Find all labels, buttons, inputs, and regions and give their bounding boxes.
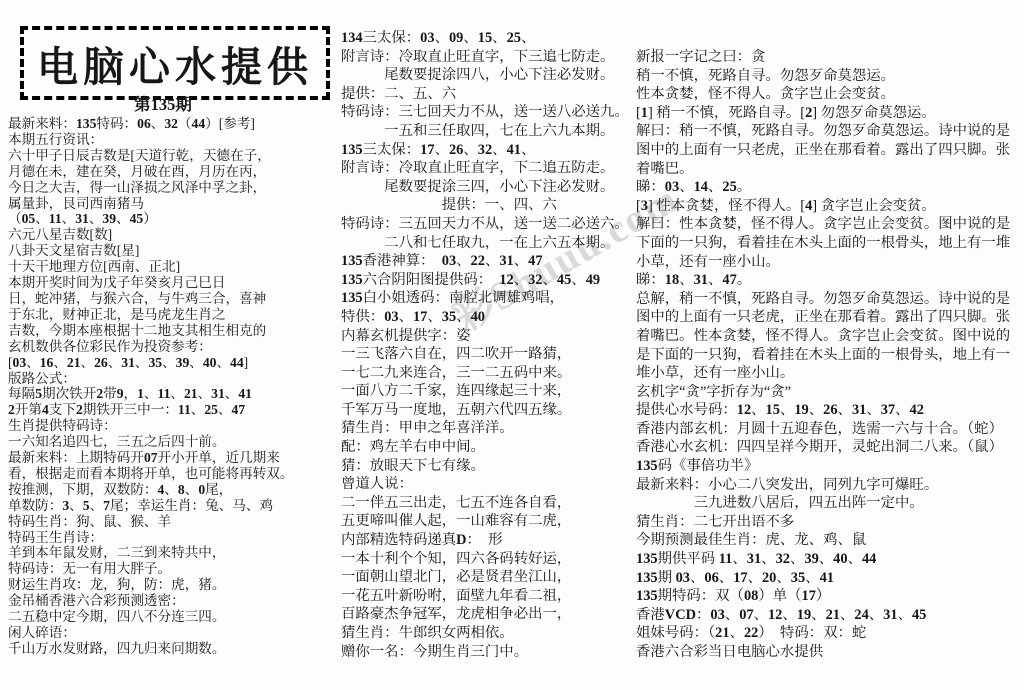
text-line: 135期 03、06、17、20、35、41	[636, 569, 1024, 588]
text-line: 按推测，下期，双数防：4、8、0尾，	[8, 482, 338, 498]
text-line: 千军万马一度地，五朝六代四五缘。	[341, 401, 641, 420]
text-line: 135期供平码 11、31、32、39、40、44	[636, 550, 1024, 569]
text-line: 135期特码：双（08）单（17）	[636, 587, 1024, 606]
text-line: 月德在未，建在癸，月破在酉，月历在丙，	[8, 164, 338, 180]
text-line: 今期预测最佳生肖：虎、龙、鸡、鼠	[636, 531, 1024, 550]
text-line: 玄机数供各位彩民作为投资参考：	[8, 339, 338, 355]
text-line: 135香港神算： 03、22、31、47	[341, 252, 641, 271]
text-line: 最新来料：135特码：06、32（44）[参考]	[8, 116, 338, 132]
text-line: 赠你一名：今期生肖三门中。	[341, 643, 641, 662]
text-line: 玄机字“贪”字折存为“贪”	[636, 383, 1024, 402]
text-line: 尾数要捉涂三四，小心下注必发财。	[341, 178, 641, 197]
left-column: 第135期 最新来料：135特码：06、32（44）[参考]本期五行资讯：六十甲…	[8, 96, 338, 657]
right-column-lines: 新报一字记之曰：贪稍一不慎，死路自寻。勿怨歹命莫怨运。性本贪婪，怪不得人。贪字岂…	[636, 48, 1024, 662]
text-line: 135码《事倍功半》	[636, 457, 1024, 476]
text-line: 睇：18、31、47。	[636, 271, 1024, 290]
text-line: 香港VCD：03、07、12、19、21、24、31、45	[636, 606, 1024, 625]
text-line: 金吊桶香港六合彩预测透密：	[8, 593, 338, 609]
middle-column: 134三太保：03、09、15、25、附言诗：冷取直止旺直字，下三追七防走。 尾…	[341, 29, 641, 661]
text-line: 睇：03、14、25。	[636, 178, 1024, 197]
text-line: 猜生肖：甲申之年喜洋洋。	[341, 419, 641, 438]
text-line: 一六知名追四七，三五之后四十前。	[8, 434, 338, 450]
text-line: 日，蛇冲猪，与猴六合，与牛鸡三合，喜神	[8, 291, 338, 307]
text-line: 看，根据走而看本期将开单，也可能将再转双。	[8, 466, 338, 482]
text-line: 香港心水玄机：四四呈祥今期开，灵蛇出洞二八来。（鼠）	[636, 438, 1024, 457]
text-line: 一三飞落六自在，四二吹开一路猜，	[341, 345, 641, 364]
masthead-box: 电脑心水提供	[20, 26, 330, 100]
text-line: 135白小姐透码：南腔北调雄鸡唱，	[341, 289, 641, 308]
text-line: 解曰：性本贪婪，怪不得人。贪字岂止会变贫。图中说的是	[636, 215, 1024, 234]
text-line: 2开第4支下2期铁开三中一：11、25、47	[8, 402, 338, 418]
text-line: 性本贪婪，怪不得人。贪字岂止会变贫。	[636, 85, 1024, 104]
text-line: 着嘴巴。性本贪婪，怪不得人。贪字岂止会变贫。图中说的	[636, 327, 1024, 346]
text-line: 十天干地理方位[西南、正北]	[8, 259, 338, 275]
tip-sheet-page: 彩Shuuu.com 电脑心水提供 第135期 最新来料：135特码：06、32…	[0, 0, 1024, 690]
text-line: [3] 性本贪婪，怪不得人。[4] 贪字岂止会变贫。	[636, 197, 1024, 216]
text-line: 堆小草，还有一座小山。	[636, 364, 1024, 383]
text-line: 是下面的一只狗，看着挂在木头上面的一根骨头，地上有一	[636, 346, 1024, 365]
text-line: 姐妹号码：（21、22） 特码：双：蛇	[636, 624, 1024, 643]
text-line: 总解，稍一不慎，死路自寻。勿怨歹命莫怨运。诗中说的是	[636, 290, 1024, 309]
text-line: 本期五行资讯：	[8, 132, 338, 148]
text-line: 135六合阴阳图提供码： 12、32、45、49	[341, 271, 641, 290]
text-line: 新报一字记之曰：贪	[636, 48, 1024, 67]
text-line: 今日之大吉，得一山泽损之风泽中孚之卦，	[8, 180, 338, 196]
text-line: 曾道人说：	[341, 475, 641, 494]
text-line: 图中的上面有一只老虎，正坐在那看着。露出了四只脚。张	[636, 308, 1024, 327]
text-line: [1] 稍一不慎，死路自寻。[2] 勿怨歹命莫怨运。	[636, 104, 1024, 123]
text-line: 一面朝山望北门，必是贤君坐江山，	[341, 568, 641, 587]
text-line: 特码诗：三五回天力不从，送一送二必送六。	[341, 215, 641, 234]
masthead-title: 电脑心水提供	[37, 34, 313, 93]
text-line: 香港六合彩当日电脑心水提供	[636, 643, 1024, 662]
text-line: 稍一不慎，死路自寻。勿怨歹命莫怨运。	[636, 67, 1024, 86]
middle-column-lines: 134三太保：03、09、15、25、附言诗：冷取直止旺直字，下三追七防走。 尾…	[341, 29, 641, 661]
text-line: 内幕玄机提供字：姿	[341, 327, 641, 346]
text-line: 附言诗：冷取直止旺直字，下三追七防走。	[341, 48, 641, 67]
text-line: 吉数，今期本座根据十二地支其相生相克的	[8, 323, 338, 339]
text-line: 五更啼叫催人起，一山难容有二虎，	[341, 512, 641, 531]
text-line: 本期开奖时间为戊子年癸亥月己巳日	[8, 275, 338, 291]
text-line: 附言诗：冷取直止旺直字，下二追五防走。	[341, 159, 641, 178]
text-line: 单数防：3、5、7尾；幸运生肖：兔、马、鸡	[8, 498, 338, 514]
text-line: 解曰：稍一不慎，死路自寻。勿怨歹命莫怨运。诗中说的是	[636, 122, 1024, 141]
text-line: 生肖提供特码诗：	[8, 418, 338, 434]
text-line: 二一伴五三出走，七五不连各自看，	[341, 494, 641, 513]
text-line: 一花五叶新吩咐，面壁九年看二祖，	[341, 587, 641, 606]
text-line: 属量卦，艮司西南猪马	[8, 196, 338, 212]
text-line: 六十甲子日辰吉数是[天道行乾，天德在子，	[8, 148, 338, 164]
text-line: 134三太保：03、09、15、25、	[341, 29, 641, 48]
text-line: 闲人碎语：	[8, 625, 338, 641]
text-line: 一五和三任取四，七在上六九本期。	[341, 122, 641, 141]
text-line: 财运生肖攻：龙，狗，防：虎，猪。	[8, 577, 338, 593]
text-line: 图中的上面有一只老虎，正坐在那看着。露出了四只脚。张	[636, 141, 1024, 160]
text-line: 百路豪杰争冠军，龙虎相争必出一，	[341, 605, 641, 624]
text-line: 下面的一只狗，看着挂在木头上面的一根骨头，地上有一堆	[636, 234, 1024, 253]
text-line: 特供：03、17、35、40	[341, 308, 641, 327]
text-line: 最新来料：小心二八突发出，同列九字可爆旺。	[636, 476, 1024, 495]
text-line: 最新来料：上期特码开07开小开单，近几期来	[8, 450, 338, 466]
text-line: 提供：一、四、六	[341, 196, 641, 215]
text-line: 香港内部玄机：月圆十五迎春色，选需一六与十合。（蛇）	[636, 420, 1024, 439]
text-line: 羊到本年鼠发财，二三到来特共中，	[8, 545, 338, 561]
text-line: 一面八方二千家，连四缘起三十来，	[341, 382, 641, 401]
text-line: 猜：放眼天下七有缘。	[341, 457, 641, 476]
text-line: 千山万水发财路，四九归来问期数。	[8, 641, 338, 657]
text-line: 特码生肖：狗、鼠、猴、羊	[8, 514, 338, 530]
text-line: （05、11、31、39、45）	[8, 211, 338, 227]
text-line: 二八和七任取九，一在上六五本期。	[341, 234, 641, 253]
text-line: 提供心水号码：12、15、19、26、31、37、42	[636, 401, 1024, 420]
text-line: [03、16、21、26、31、35、39、40、44]	[8, 355, 338, 371]
text-line: 特码王生肖诗：	[8, 530, 338, 546]
text-line: 版路公式：	[8, 371, 338, 387]
text-line: 一本十利个个知，四六各码转好运，	[341, 550, 641, 569]
text-line: 特码诗：三七回天力不从，送一送八必送九。	[341, 103, 641, 122]
text-line: 每隔5期次铁开2带9，1、11、21、31、41	[8, 386, 338, 402]
text-line: 一七二九来连合，三一二五码中来。	[341, 364, 641, 383]
text-line: 三九进数八居后，四五出阵一定中。	[636, 494, 1024, 513]
text-line: 于东北，财神正北，是马虎龙生肖之	[8, 307, 338, 323]
text-line: 提供：二、五、六	[341, 85, 641, 104]
text-line: 二五稳中定今期，四八不分连三四。	[8, 609, 338, 625]
text-line: 135三太保：17、26、32、41、	[341, 141, 641, 160]
text-line: 内部精选特码递真D： 形	[341, 531, 641, 550]
text-line: 八卦天文星宿吉数[星]	[8, 243, 338, 259]
text-line: 配：鸡左羊右申中间。	[341, 438, 641, 457]
issue-heading: 第135期	[8, 96, 318, 114]
text-line: 六元八星吉数[数]	[8, 227, 338, 243]
text-line: 猜生肖：二七开出语不多	[636, 513, 1024, 532]
text-line: 着嘴巴。	[636, 160, 1024, 179]
text-line: 小草，还有一座小山。	[636, 253, 1024, 272]
text-line: 特码诗：无一有用大胖子。	[8, 561, 338, 577]
left-column-lines: 最新来料：135特码：06、32（44）[参考]本期五行资讯：六十甲子日辰吉数是…	[8, 116, 338, 657]
text-line: 猜生肖：牛郎织女两相依。	[341, 624, 641, 643]
text-line: 尾数要捉涂四八，小心下注必发财。	[341, 66, 641, 85]
right-column: 新报一字记之曰：贪稍一不慎，死路自寻。勿怨歹命莫怨运。性本贪婪，怪不得人。贪字岂…	[636, 48, 1024, 662]
